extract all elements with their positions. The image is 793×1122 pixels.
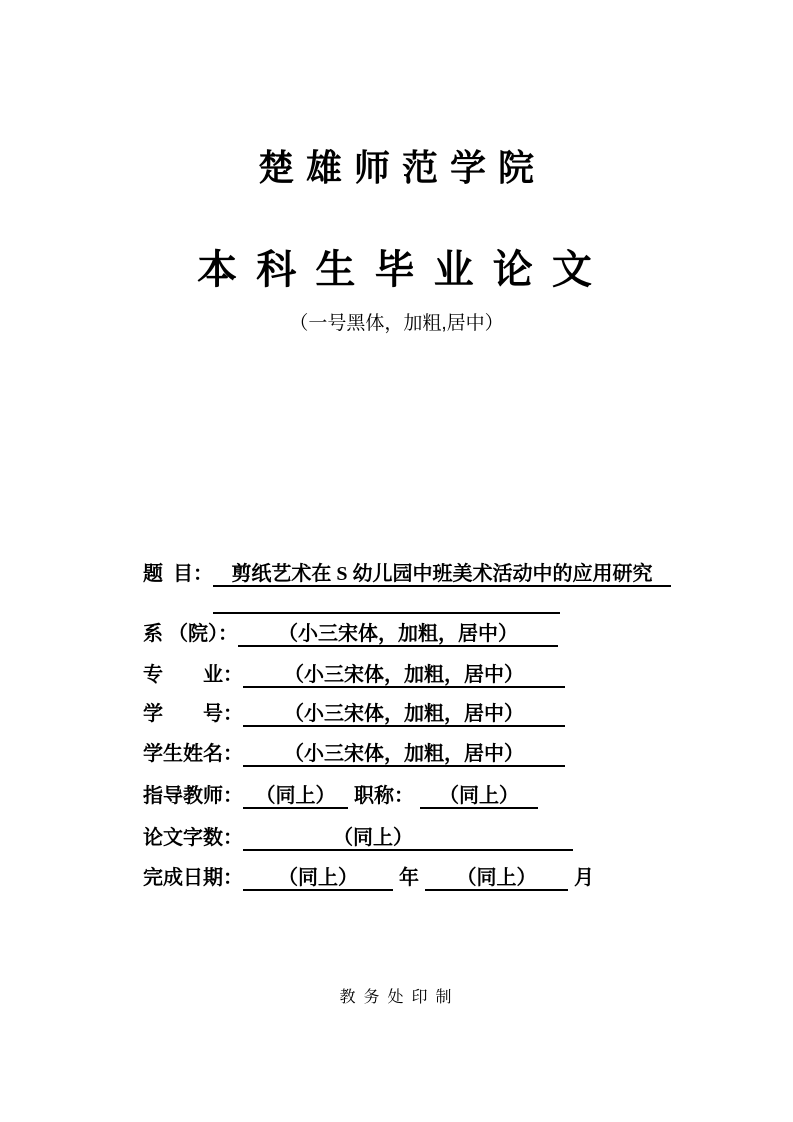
completion-date-label: 完成日期： xyxy=(143,865,243,891)
completion-year-underline-field: （同上） xyxy=(243,865,393,891)
document-title: 本 科 生 毕 业 论 文 xyxy=(0,248,793,292)
student-name-underline-field: （小三宋体，加粗，居中） xyxy=(243,741,565,767)
student-id-row: 学 号： （小三宋体，加粗，居中） xyxy=(143,701,565,727)
thesis-cover-page: 楚 雄 师 范 学 院 本 科 生 毕 业 论 文 （一号黑体，加粗,居中） 题… xyxy=(0,0,793,1122)
student-id-underline-field: （小三宋体，加粗，居中） xyxy=(243,701,565,727)
student-name-label: 学生姓名： xyxy=(143,741,243,767)
department-row: 系 （院）： （小三宋体，加粗，居中） xyxy=(143,621,558,647)
student-id-label: 学 号： xyxy=(143,701,243,727)
topic-label: 题 目： xyxy=(143,561,213,587)
department-label: 系 （院）： xyxy=(143,621,238,647)
major-label: 专 业： xyxy=(143,662,243,688)
major-underline-field: （小三宋体，加粗，居中） xyxy=(243,662,565,688)
month-unit-label: 月 xyxy=(568,865,600,891)
word-count-value: （同上） xyxy=(333,827,413,849)
topic-underline-field: 剪纸艺术在 S 幼儿园中班美术活动中的应用研究 xyxy=(213,561,671,587)
advisor-title-label: 职称： xyxy=(348,783,420,809)
word-count-label: 论文字数： xyxy=(143,825,243,851)
title-format-note: （一号黑体，加粗,居中） xyxy=(0,312,793,336)
advisor-row: 指导教师： （同上） 职称： （同上） xyxy=(143,783,538,809)
footer-print-note: 教 务 处 印 制 xyxy=(0,988,793,1008)
advisor-title-underline-field: （同上） xyxy=(420,783,538,809)
topic-row: 题 目： 剪纸艺术在 S 幼儿园中班美术活动中的应用研究 xyxy=(143,561,671,587)
major-row: 专 业： （小三宋体，加粗，居中） xyxy=(143,662,565,688)
advisor-label: 指导教师： xyxy=(143,783,243,809)
word-count-underline-field: （同上） xyxy=(243,825,573,851)
advisor-underline-field: （同上） xyxy=(243,783,348,809)
topic-continuation-underline xyxy=(213,586,560,614)
word-count-row: 论文字数： （同上） xyxy=(143,825,573,851)
completion-date-row: 完成日期： （同上） 年 （同上） 月 xyxy=(143,865,600,891)
university-title: 楚 雄 师 范 学 院 xyxy=(0,148,793,188)
student-name-row: 学生姓名： （小三宋体，加粗，居中） xyxy=(143,741,565,767)
completion-month-underline-field: （同上） xyxy=(425,865,568,891)
year-unit-label: 年 xyxy=(393,865,425,891)
department-underline-field: （小三宋体，加粗，居中） xyxy=(238,621,558,647)
